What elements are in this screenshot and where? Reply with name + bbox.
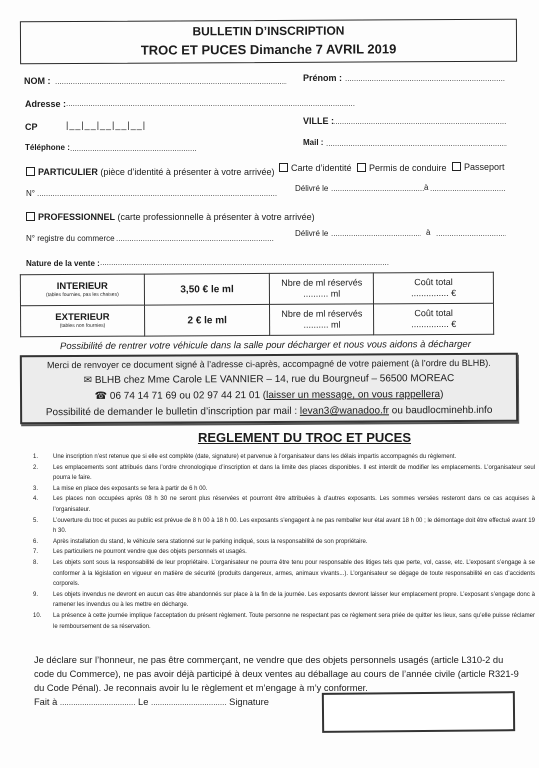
registre-label: N° registre du commerce: [26, 234, 115, 243]
rule-item: 8.Les objets sont sous la responsabilité…: [33, 558, 539, 590]
rule-number: 10.: [33, 611, 53, 632]
pricing-table: INTERIEUR (tables fournies, pas les chai…: [20, 272, 494, 337]
professionnel-label: PROFESSIONNEL: [38, 212, 115, 222]
professionnel-delivre-field[interactable]: ........................................…: [331, 229, 421, 238]
postal-address: ✉ BLHB chez Mme Carole LE VANNIER – 14, …: [22, 373, 516, 387]
pricing-row-interieur: INTERIEUR (tables fournies, pas les chai…: [20, 272, 493, 305]
rule-number: 3.: [33, 484, 53, 495]
signature-box[interactable]: [322, 691, 515, 733]
cp-label: CP: [25, 122, 38, 132]
document-title: BULLETIN D’INSCRIPTION: [21, 23, 516, 40]
location-cell: INTERIEUR (tables fournies, pas les chai…: [20, 274, 144, 306]
cp-field[interactable]: |__|__|__|__|__|: [66, 120, 146, 130]
price-cell: 2 € le ml: [144, 304, 270, 336]
registre-field[interactable]: ........................................…: [116, 234, 274, 243]
ville-field[interactable]: ........................................…: [333, 117, 507, 126]
fait-field[interactable]: ..................................: [60, 698, 136, 707]
particulier-a-field[interactable]: ........................................…: [430, 184, 505, 193]
rule-number: 1.: [33, 452, 53, 463]
nom-field[interactable]: ........................................…: [55, 77, 287, 86]
particulier-a-label: à: [424, 183, 428, 192]
rule-text: Une inscription n’est retenue que si ell…: [53, 452, 539, 463]
ml-cell[interactable]: Nbre de ml réservés .......... ml: [270, 273, 374, 305]
vehicle-note: Possibilité de rentrer votre véhicule da…: [60, 339, 471, 352]
id-type-carte[interactable]: Carte d’identité: [279, 163, 352, 173]
adresse-field[interactable]: ........................................…: [66, 99, 506, 108]
rule-text: La présence à cette journée implique l’a…: [53, 611, 539, 632]
location-cell: EXTERIEUR (tables non fournies): [21, 305, 145, 337]
return-instructions: Merci de renvoyer ce document signé à l’…: [22, 358, 516, 371]
email-link[interactable]: levan3@wanadoo.fr: [300, 405, 389, 416]
ville-label: VILLE :: [303, 116, 334, 126]
prenom-field[interactable]: ........................................…: [345, 74, 505, 83]
rule-text: La mise en place des exposants se fera à…: [53, 484, 539, 495]
event-subtitle: TROC ET PUCES Dimanche 7 AVRIL 2019: [21, 41, 516, 59]
header-box: BULLETIN D’INSCRIPTION TROC ET PUCES Dim…: [20, 19, 517, 65]
professionnel-checkbox[interactable]: [26, 212, 35, 221]
rule-text: Les objets sont sous la responsabilité d…: [53, 558, 539, 590]
particulier-delivre-field[interactable]: ........................................…: [331, 184, 424, 193]
prenom-label: Prénom :: [303, 73, 342, 83]
rules-list: 1.Une inscription n’est retenue que si e…: [33, 452, 539, 632]
permis-conduire-checkbox[interactable]: [357, 163, 366, 172]
professionnel-a-label: à: [426, 228, 430, 237]
rule-number: 7.: [33, 547, 53, 558]
rule-item: 2.Les emplacements sont attribués dans l…: [33, 463, 539, 484]
mail-label: Mail :: [303, 138, 323, 147]
adresse-label: Adresse :: [25, 99, 66, 109]
envelope-icon: ✉: [84, 375, 92, 386]
email-line: Possibilité de demander le bulletin d’in…: [22, 405, 516, 419]
phone-note: laisser un message, on vous rappellera: [266, 389, 440, 401]
rule-text: Les objets invendus ne devront en aucun …: [53, 590, 539, 611]
particulier-note: (pièce d’identité à présenter à votre ar…: [100, 167, 274, 177]
nom-label: NOM :: [24, 76, 51, 86]
telephone-label: Téléphone :: [25, 143, 70, 152]
ml-cell[interactable]: Nbre de ml réservés .......... ml: [270, 304, 374, 336]
rule-item: 7.Les particuliers ne pourront vendre qu…: [33, 547, 539, 558]
numero-field[interactable]: ........................................…: [37, 189, 277, 198]
contact-box: Merci de renvoyer ce document signé à l’…: [20, 353, 518, 425]
rule-item: 4.Les places non occupées après 08 h 30 …: [33, 494, 539, 515]
rule-text: Après installation du stand, le véhicule…: [53, 537, 539, 548]
id-type-passeport[interactable]: Passeport: [452, 162, 505, 172]
rule-text: Les particuliers ne pourront vendre que …: [53, 547, 539, 558]
rule-text: Les places non occupées après 08 h 30 ne…: [53, 494, 539, 515]
date-field[interactable]: ..................................: [151, 698, 227, 707]
telephone-icon: ☎: [95, 391, 108, 402]
professionnel-delivre-label: Délivré le: [295, 229, 328, 238]
numero-label: N°: [26, 189, 35, 198]
cost-cell[interactable]: Coût total ............... €: [374, 272, 494, 304]
professionnel-option[interactable]: PROFESSIONNEL (carte professionnelle à p…: [26, 212, 315, 222]
particulier-label: PARTICULIER: [38, 167, 98, 177]
rule-item: 1.Une inscription n’est retenue que si e…: [33, 452, 539, 463]
particulier-checkbox[interactable]: [26, 167, 35, 176]
rule-number: 5.: [33, 516, 53, 537]
phone-line: ☎ 06 74 14 71 69 ou 02 97 44 21 01 (lais…: [22, 389, 516, 403]
rule-text: L’ouverture du troc et puces au public e…: [53, 516, 539, 537]
rule-number: 2.: [33, 463, 53, 484]
rule-item: 10.La présence à cette journée implique …: [33, 611, 539, 632]
rule-item: 6.Après installation du stand, le véhicu…: [33, 537, 539, 548]
rule-item: 3.La mise en place des exposants se fera…: [33, 484, 539, 495]
nature-vente-field[interactable]: ........................................…: [100, 258, 506, 267]
rule-item: 9.Les objets invendus ne devront en aucu…: [33, 590, 539, 611]
telephone-field[interactable]: ........................................…: [70, 144, 196, 153]
passeport-checkbox[interactable]: [452, 162, 461, 171]
rule-number: 8.: [33, 558, 53, 590]
rule-number: 9.: [33, 590, 53, 611]
rule-item: 5.L’ouverture du troc et puces au public…: [33, 516, 539, 537]
reglement-title: REGLEMENT DU TROC ET PUCES: [0, 430, 539, 445]
mail-field[interactable]: ........................................…: [326, 139, 507, 148]
particulier-delivre-label: Délivré le: [295, 184, 328, 193]
rule-number: 6.: [33, 537, 53, 548]
cost-cell[interactable]: Coût total ............... €: [374, 303, 494, 335]
id-type-permis[interactable]: Permis de conduire: [357, 163, 447, 173]
carte-identite-checkbox[interactable]: [279, 163, 288, 172]
signature-label: Signature: [229, 697, 269, 707]
professionnel-note: (carte professionnelle à présenter à vot…: [118, 212, 315, 222]
pricing-row-exterieur: EXTERIEUR (tables non fournies) 2 € le m…: [21, 303, 494, 336]
particulier-option[interactable]: PARTICULIER (pièce d’identité à présente…: [26, 167, 274, 177]
professionnel-a-field[interactable]: ........................................…: [436, 229, 506, 238]
price-cell: 3,50 € le ml: [144, 273, 270, 305]
rule-number: 4.: [33, 494, 53, 515]
rule-text: Les emplacements sont attribués dans l’o…: [53, 463, 539, 484]
nature-vente-label: Nature de la vente :: [26, 259, 100, 268]
